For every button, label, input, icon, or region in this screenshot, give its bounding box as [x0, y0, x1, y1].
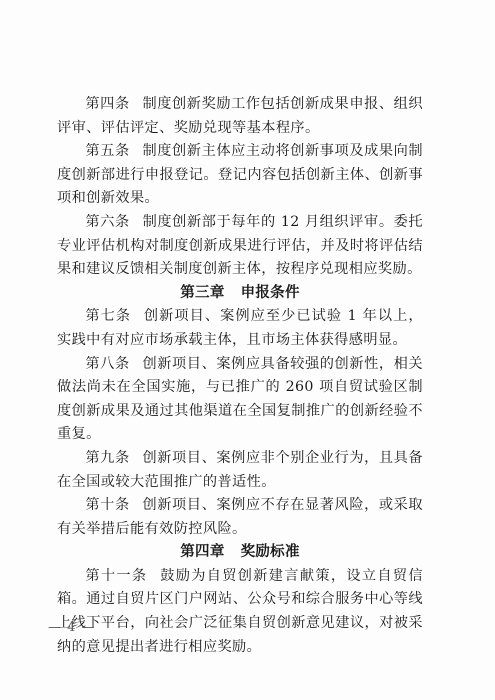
- article-7: 第七条创新项目、案例应至少已试验 1 年以上，实践中有对应市场承载主体，且市场主…: [57, 305, 423, 352]
- chapter-title: 奖励标准: [241, 544, 300, 560]
- article-4: 第四条制度创新奖励工作包括创新成果申报、组织评审、评估评定、奖励兑现等基本程序。: [57, 93, 423, 140]
- chapter-number: 第三章: [180, 285, 224, 301]
- document-page: 第四条制度创新奖励工作包括创新成果申报、组织评审、评估评定、奖励兑现等基本程序。…: [0, 0, 495, 700]
- article-number: 第十一条: [85, 568, 147, 584]
- chapter-3-heading: 第三章申报条件: [57, 282, 423, 306]
- document-body: 第四条制度创新奖励工作包括创新成果申报、组织评审、评估评定、奖励兑现等基本程序。…: [57, 93, 423, 659]
- chapter-number: 第四章: [180, 544, 224, 560]
- article-number: 第十条: [85, 497, 129, 513]
- page-number: — 4 —: [48, 620, 96, 635]
- article-10: 第十条创新项目、案例应不存在显著风险，或采取有关举措后能有效防控风险。: [57, 494, 423, 541]
- chapter-title: 申报条件: [241, 285, 300, 301]
- article-number: 第五条: [85, 143, 129, 159]
- article-number: 第八条: [85, 356, 129, 372]
- article-6: 第六条制度创新部于每年的 12 月组织评审。委托专业评估机构对制度创新成果进行评…: [57, 211, 423, 282]
- article-5: 第五条制度创新主体应主动将创新事项及成果向制度创新部进行申报登记。登记内容包括创…: [57, 140, 423, 211]
- article-number: 第六条: [85, 214, 129, 230]
- article-number: 第四条: [85, 96, 129, 112]
- article-number: 第九条: [85, 450, 129, 466]
- article-9: 第九条创新项目、案例应非个别企业行为，且具备在全国或较大范围推广的普适性。: [57, 447, 423, 494]
- chapter-4-heading: 第四章奖励标准: [57, 541, 423, 565]
- article-8: 第八条创新项目、案例应具备较强的创新性，相关做法尚未在全国实施，与已推广的 26…: [57, 353, 423, 447]
- article-number: 第七条: [85, 308, 131, 324]
- article-11: 第十一条鼓励为自贸创新建言献策，设立自贸信箱。通过自贸片区门户网站、公众号和综合…: [57, 565, 423, 659]
